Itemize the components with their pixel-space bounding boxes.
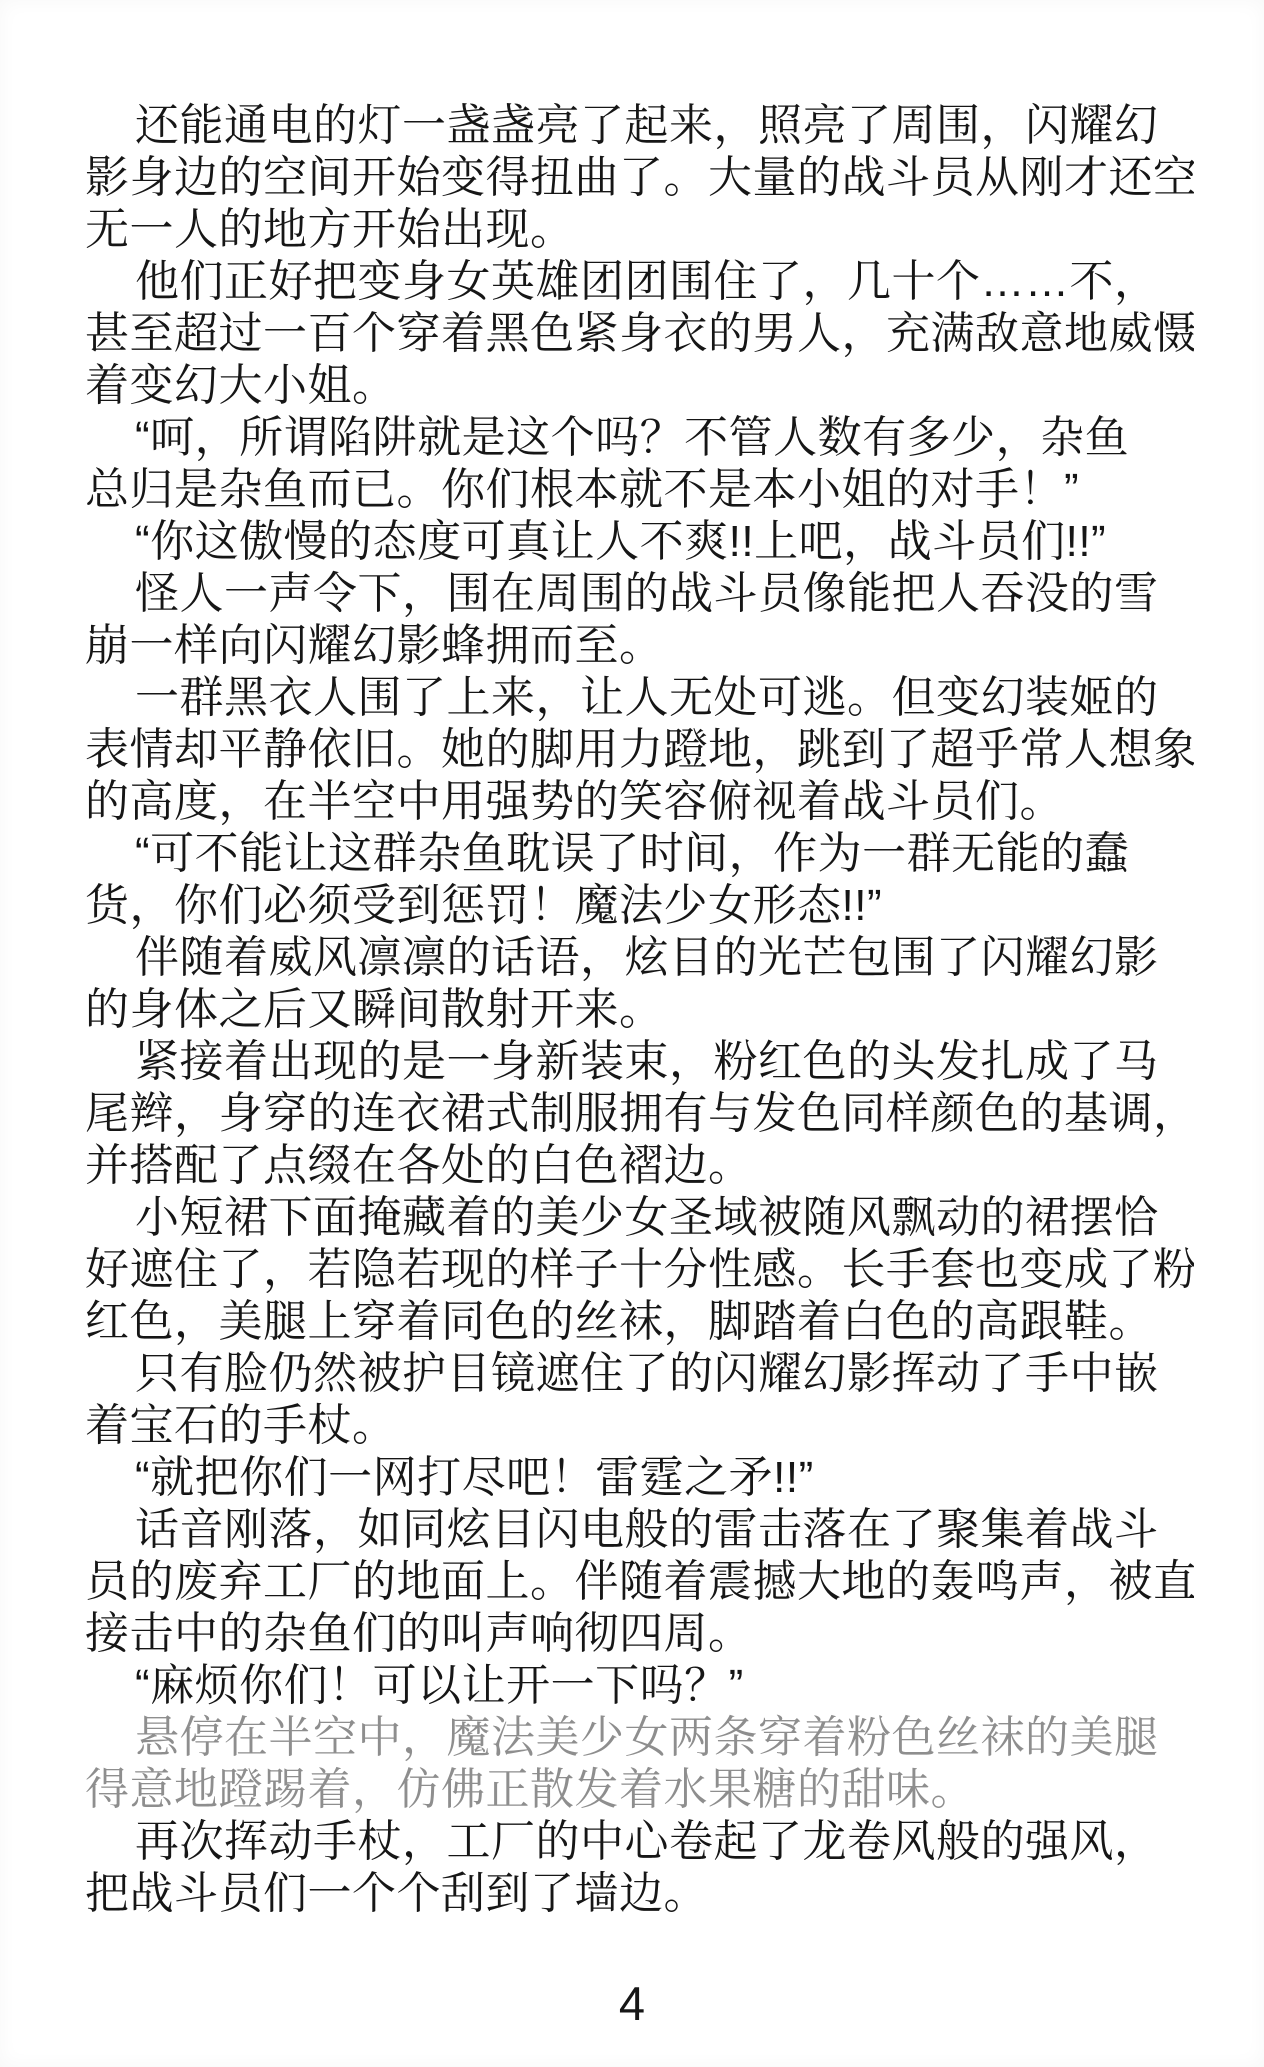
text-line: 小短裙下面掩藏着的美少女圣域被随风飘动的裙摆恰 (85, 1192, 1194, 1244)
text-line: 接击中的杂鱼们的叫声响彻四周。 (85, 1608, 1194, 1660)
text-line: 的身体之后又瞬间散射开来。 (85, 984, 1194, 1036)
text-line: “呵，所谓陷阱就是这个吗？不管人数有多少，杂鱼 (85, 412, 1194, 464)
text-line: 他们正好把变身女英雄团团围住了，几十个……不， (85, 256, 1194, 308)
book-page: 还能通电的灯一盏盏亮了起来，照亮了周围，闪耀幻影身边的空间开始变得扭曲了。大量的… (0, 0, 1264, 2067)
text-line: 还能通电的灯一盏盏亮了起来，照亮了周围，闪耀幻 (85, 100, 1194, 152)
page-number: 4 (0, 1978, 1264, 2030)
text-line: 崩一样向闪耀幻影蜂拥而至。 (85, 620, 1194, 672)
text-line: 怪人一声令下，围在周围的战斗员像能把人吞没的雪 (85, 568, 1194, 620)
text-line: 一群黑衣人围了上来，让人无处可逃。但变幻装姬的 (85, 672, 1194, 724)
text-line: “就把你们一网打尽吧！雷霆之矛!!” (85, 1452, 1194, 1504)
text-line: 货，你们必须受到惩罚！魔法少女形态!!” (85, 880, 1194, 932)
text-line: 影身边的空间开始变得扭曲了。大量的战斗员从刚才还空 (85, 152, 1194, 204)
text-line: 紧接着出现的是一身新装束，粉红色的头发扎成了马 (85, 1036, 1194, 1088)
text-line: 表情却平静依旧。她的脚用力蹬地，跳到了超乎常人想象 (85, 724, 1194, 776)
text-line: 话音刚落，如同炫目闪电般的雷击落在了聚集着战斗 (85, 1504, 1194, 1556)
text-line: 员的废弃工厂的地面上。伴随着震撼大地的轰鸣声，被直 (85, 1556, 1194, 1608)
text-line: 甚至超过一百个穿着黑色紧身衣的男人，充满敌意地威慑 (85, 308, 1194, 360)
text-line: 伴随着威风凛凛的话语，炫目的光芒包围了闪耀幻影 (85, 932, 1194, 984)
text-line: 悬停在半空中，魔法美少女两条穿着粉色丝袜的美腿 (85, 1712, 1194, 1764)
text-line: 好遮住了，若隐若现的样子十分性感。长手套也变成了粉 (85, 1244, 1194, 1296)
text-line: “麻烦你们！可以让开一下吗？” (85, 1660, 1194, 1712)
text-line: 得意地蹬踢着，仿佛正散发着水果糖的甜味。 (85, 1764, 1194, 1816)
text-line: 着宝石的手杖。 (85, 1400, 1194, 1452)
text-line: 并搭配了点缀在各处的白色褶边。 (85, 1140, 1194, 1192)
text-line: 无一人的地方开始出现。 (85, 204, 1194, 256)
text-block: 还能通电的灯一盏盏亮了起来，照亮了周围，闪耀幻影身边的空间开始变得扭曲了。大量的… (0, 0, 1264, 1920)
text-line: 的高度，在半空中用强势的笑容俯视着战斗员们。 (85, 776, 1194, 828)
text-line: “可不能让这群杂鱼耽误了时间，作为一群无能的蠢 (85, 828, 1194, 880)
text-line: 再次挥动手杖，工厂的中心卷起了龙卷风般的强风， (85, 1816, 1194, 1868)
text-line: 尾辫，身穿的连衣裙式制服拥有与发色同样颜色的基调， (85, 1088, 1194, 1140)
text-line: 把战斗员们一个个刮到了墙边。 (85, 1868, 1194, 1920)
text-line: 着变幻大小姐。 (85, 360, 1194, 412)
text-line: 总归是杂鱼而已。你们根本就不是本小姐的对手！” (85, 464, 1194, 516)
text-line: “你这傲慢的态度可真让人不爽!!上吧，战斗员们!!” (85, 516, 1194, 568)
text-line: 红色，美腿上穿着同色的丝袜，脚踏着白色的高跟鞋。 (85, 1296, 1194, 1348)
text-line: 只有脸仍然被护目镜遮住了的闪耀幻影挥动了手中嵌 (85, 1348, 1194, 1400)
